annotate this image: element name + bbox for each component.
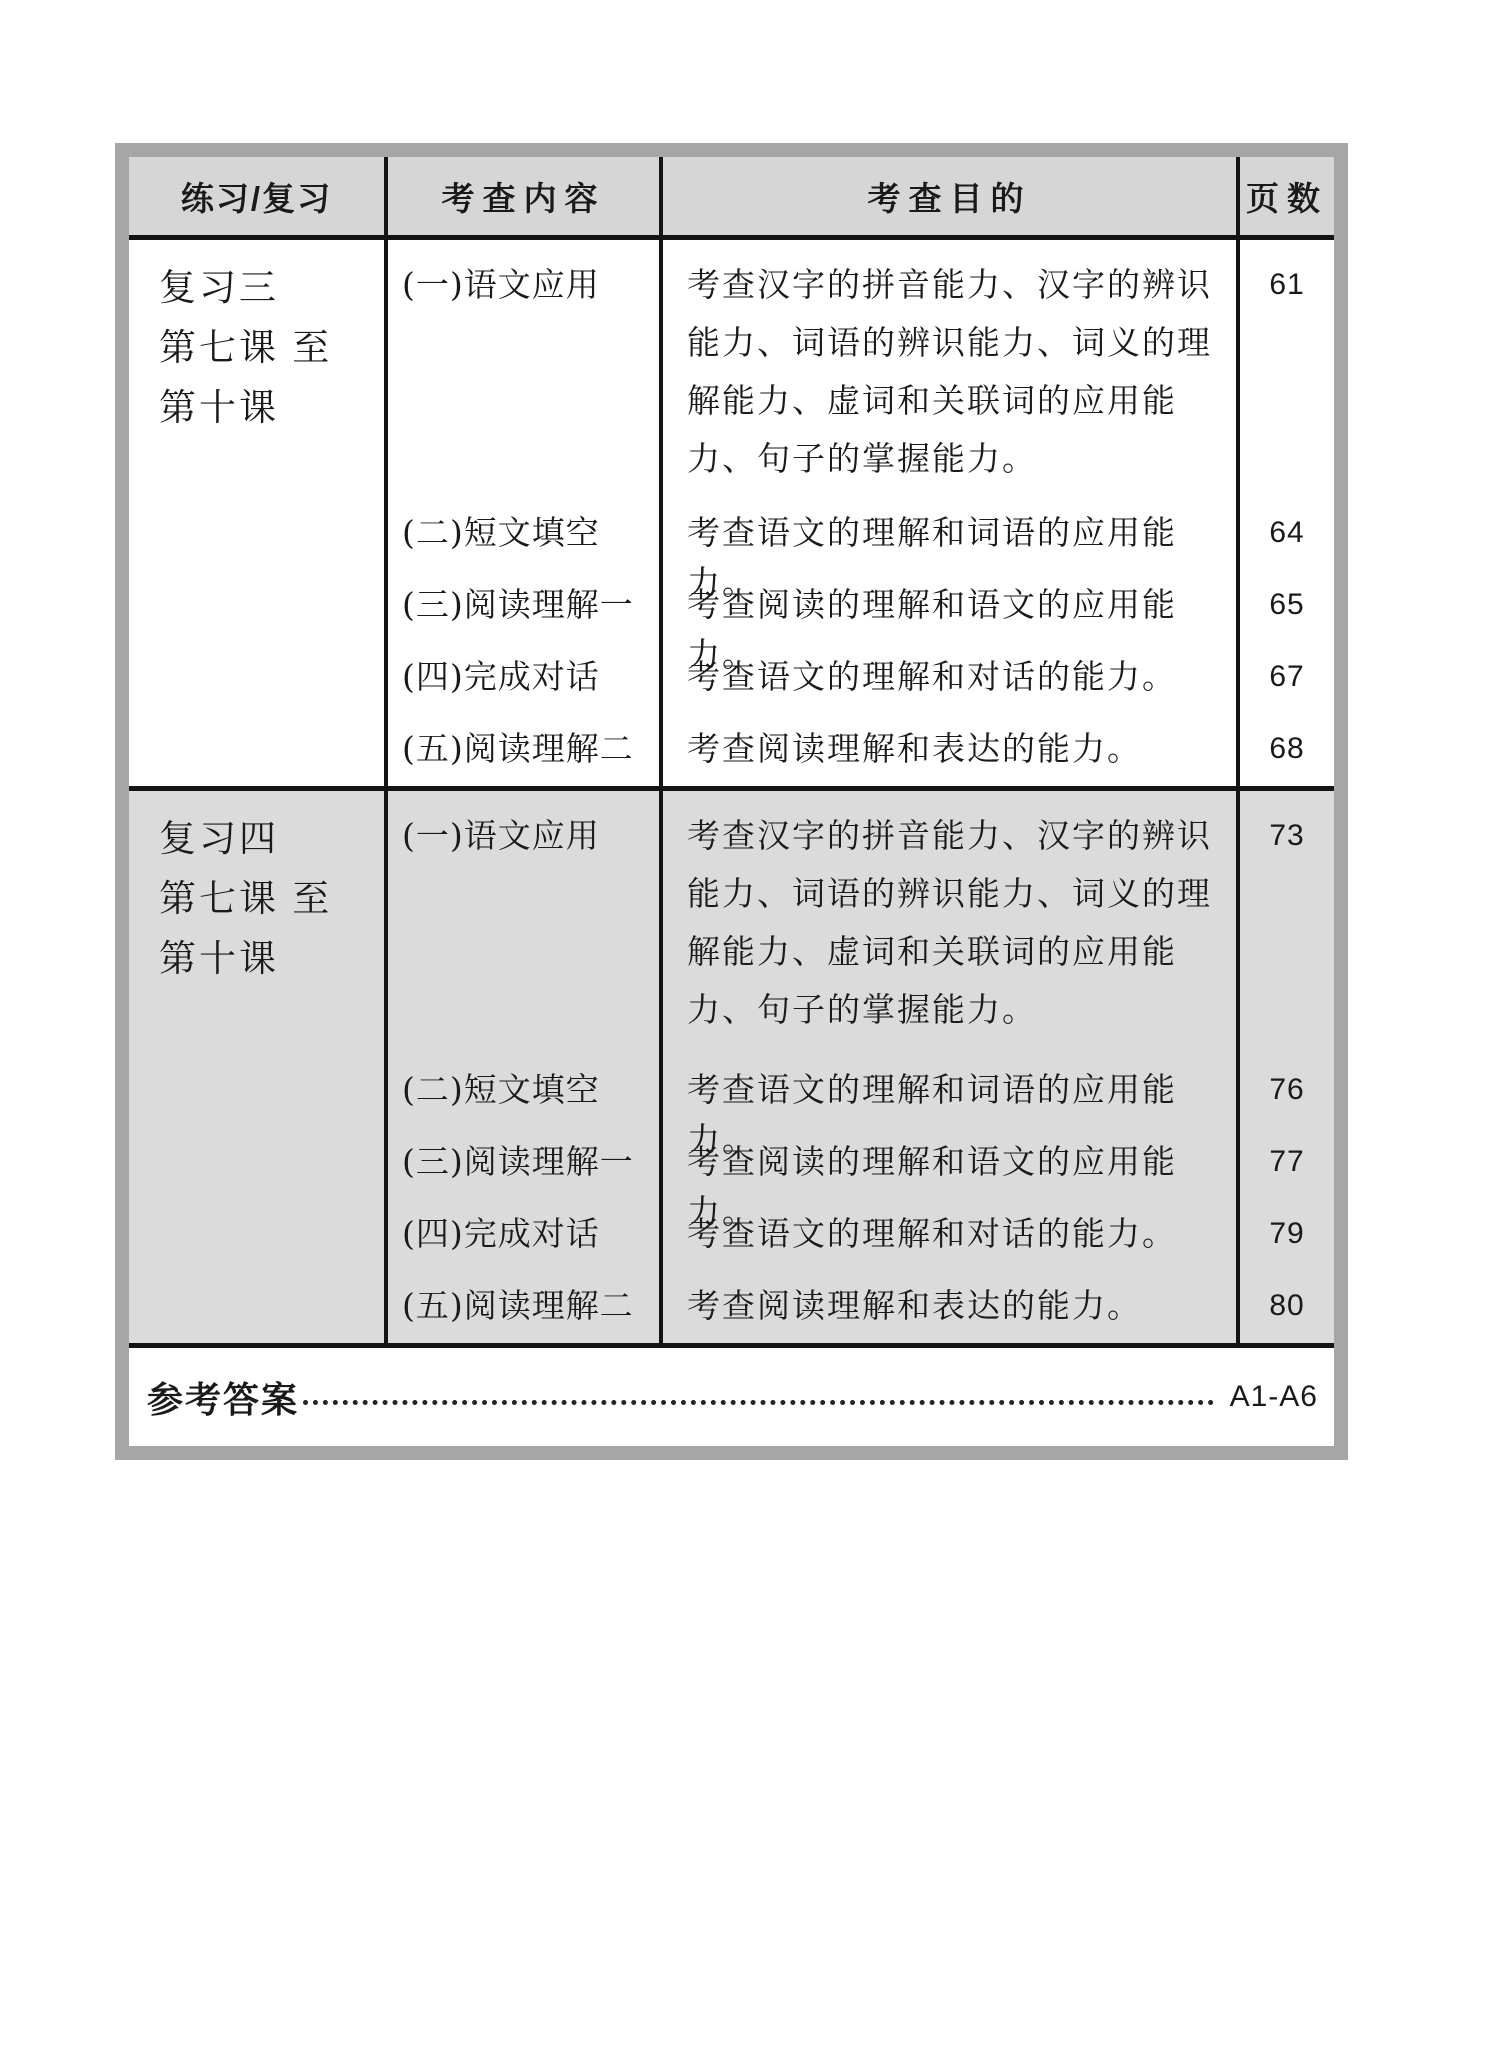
page-number: 68 bbox=[1240, 714, 1334, 786]
answers-row: 参考答案 A1-A6 bbox=[129, 1348, 1334, 1446]
page-number: 77 bbox=[1240, 1127, 1334, 1199]
page-number: 73 bbox=[1240, 791, 1334, 1055]
answers-label: 参考答案 bbox=[147, 1372, 299, 1423]
purpose-text: 考查语文的理解和词语的应用能力。 bbox=[663, 498, 1240, 570]
purpose-text: 考查语文的理解和词语的应用能力。 bbox=[663, 1055, 1240, 1127]
header-exam-purpose: 考查目的 bbox=[663, 157, 1240, 235]
section-review-3: 复习三 第七课 至 第十课 (一)语文应用 考查汉字的拼音能力、汉字的辨识 能力… bbox=[129, 240, 1334, 791]
purpose-line: 力、句子的掌握能力。 bbox=[687, 981, 1230, 1039]
page-number: 61 bbox=[1240, 240, 1334, 498]
content-item: (二)短文填空 bbox=[388, 498, 663, 570]
content-item: (四)完成对话 bbox=[388, 1199, 663, 1271]
page-number: 76 bbox=[1240, 1055, 1334, 1127]
header-exam-content: 考查内容 bbox=[388, 157, 663, 235]
table-header-row: 练习/复习 考查内容 考查目的 页数 bbox=[129, 157, 1334, 240]
content-item: (一)语文应用 bbox=[388, 791, 663, 1055]
content-item: (一)语文应用 bbox=[388, 240, 663, 498]
page-number: 80 bbox=[1240, 1271, 1334, 1343]
contents-table: 练习/复习 考查内容 考查目的 页数 复习三 第七课 至 第十课 (一)语文应用… bbox=[115, 143, 1348, 1460]
section-title-line: 第七课 至 bbox=[159, 318, 384, 378]
purpose-text: 考查阅读的理解和语文的应用能力。 bbox=[663, 570, 1240, 642]
page-number: 67 bbox=[1240, 642, 1334, 714]
purpose-line: 考查汉字的拼音能力、汉字的辨识 bbox=[687, 807, 1230, 865]
content-item: (二)短文填空 bbox=[388, 1055, 663, 1127]
purpose-line: 能力、词语的辨识能力、词义的理 bbox=[687, 314, 1230, 372]
purpose-paragraph: 考查汉字的拼音能力、汉字的辨识 能力、词语的辨识能力、词义的理 解能力、虚词和关… bbox=[663, 791, 1240, 1055]
purpose-line: 力、句子的掌握能力。 bbox=[687, 430, 1230, 488]
content-item: (四)完成对话 bbox=[388, 642, 663, 714]
purpose-text: 考查阅读的理解和语文的应用能力。 bbox=[663, 1127, 1240, 1199]
section-title-line: 第十课 bbox=[159, 378, 384, 438]
content-item: (五)阅读理解二 bbox=[388, 714, 663, 786]
purpose-text: 考查语文的理解和对话的能力。 bbox=[663, 642, 1240, 714]
section-title-line: 第十课 bbox=[159, 929, 384, 989]
section-title-line: 复习三 bbox=[159, 258, 384, 318]
content-item: (五)阅读理解二 bbox=[388, 1271, 663, 1343]
purpose-line: 能力、词语的辨识能力、词义的理 bbox=[687, 865, 1230, 923]
purpose-paragraph: 考查汉字的拼音能力、汉字的辨识 能力、词语的辨识能力、词义的理 解能力、虚词和关… bbox=[663, 240, 1240, 498]
section-review-4: 复习四 第七课 至 第十课 (一)语文应用 考查汉字的拼音能力、汉字的辨识 能力… bbox=[129, 791, 1334, 1348]
section-title: 复习三 第七课 至 第十课 bbox=[129, 240, 388, 786]
header-exercise-review: 练习/复习 bbox=[129, 157, 388, 235]
purpose-text: 考查阅读理解和表达的能力。 bbox=[663, 714, 1240, 786]
dotted-leader bbox=[303, 1400, 1214, 1405]
content-item: (三)阅读理解一 bbox=[388, 570, 663, 642]
section-title-line: 复习四 bbox=[159, 809, 384, 869]
purpose-text: 考查语文的理解和对话的能力。 bbox=[663, 1199, 1240, 1271]
answers-page-range: A1-A6 bbox=[1230, 1380, 1318, 1414]
content-item: (三)阅读理解一 bbox=[388, 1127, 663, 1199]
purpose-line: 解能力、虚词和关联词的应用能 bbox=[687, 372, 1230, 430]
purpose-text: 考查阅读理解和表达的能力。 bbox=[663, 1271, 1240, 1343]
section-title-line: 第七课 至 bbox=[159, 869, 384, 929]
purpose-line: 考查汉字的拼音能力、汉字的辨识 bbox=[687, 256, 1230, 314]
section-title: 复习四 第七课 至 第十课 bbox=[129, 791, 388, 1343]
page-number: 65 bbox=[1240, 570, 1334, 642]
header-page-number: 页数 bbox=[1240, 157, 1334, 235]
page-number: 64 bbox=[1240, 498, 1334, 570]
purpose-line: 解能力、虚词和关联词的应用能 bbox=[687, 923, 1230, 981]
page-number: 79 bbox=[1240, 1199, 1334, 1271]
